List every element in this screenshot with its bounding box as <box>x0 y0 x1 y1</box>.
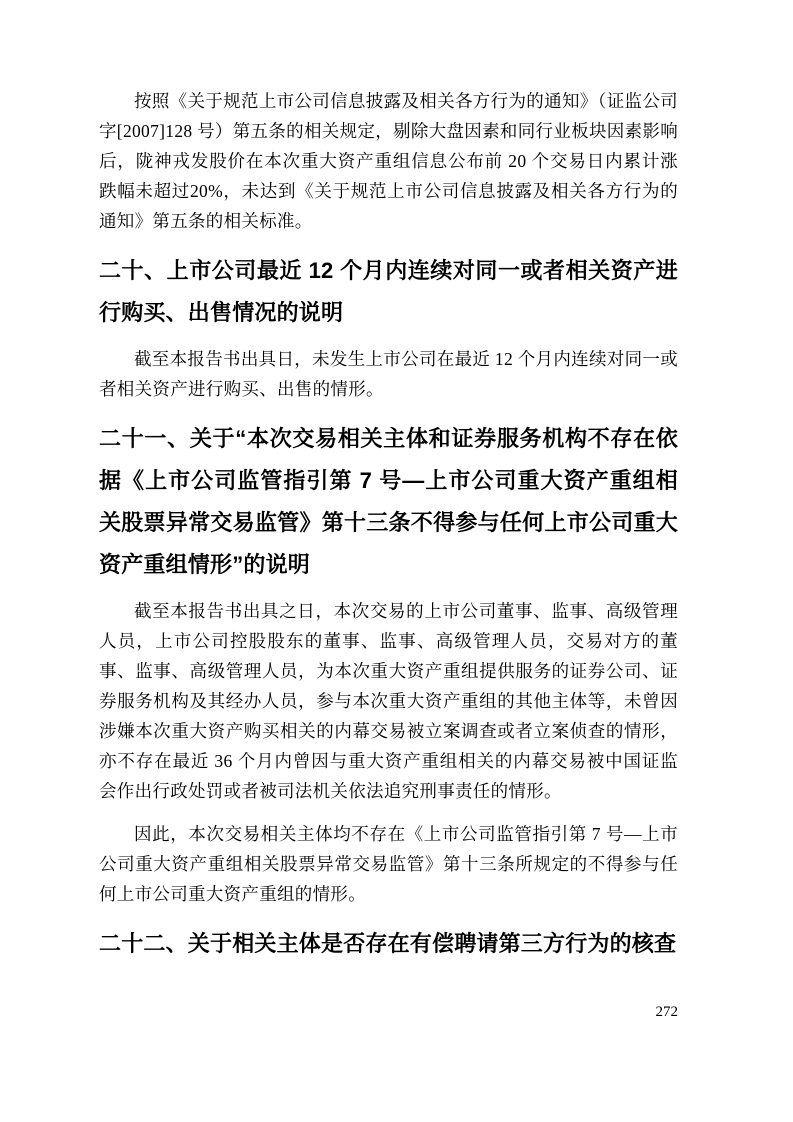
document-page: 按照《关于规范上市公司信息披露及相关各方行为的通知》（证监公司字[2007]12… <box>0 0 793 1122</box>
body-paragraph: 截至本报告书出具之日，本次交易的上市公司董事、监事、高级管理人员，上市公司控股股… <box>99 596 678 806</box>
body-paragraph: 按照《关于规范上市公司信息披露及相关各方行为的通知》（证监公司字[2007]12… <box>99 86 678 236</box>
section-heading: 二十、上市公司最近 12 个月内连续对同一或者相关资产进行购买、出售情况的说明 <box>99 250 678 334</box>
body-paragraph: 截至本报告书出具日，未发生上市公司在最近 12 个月内连续对同一或者相关资产进行… <box>99 344 678 404</box>
body-paragraph: 因此，本次交易相关主体均不存在《上市公司监管指引第 7 号—上市公司重大资产重组… <box>99 819 678 909</box>
document-body: 按照《关于规范上市公司信息披露及相关各方行为的通知》（证监公司字[2007]12… <box>99 86 678 975</box>
section-heading: 二十二、关于相关主体是否存在有偿聘请第三方行为的核查 <box>99 923 678 965</box>
section-heading: 二十一、关于“本次交易相关主体和证券服务机构不存在依据《上市公司监管指引第 7 … <box>99 418 678 586</box>
page-number: 272 <box>656 1003 679 1021</box>
